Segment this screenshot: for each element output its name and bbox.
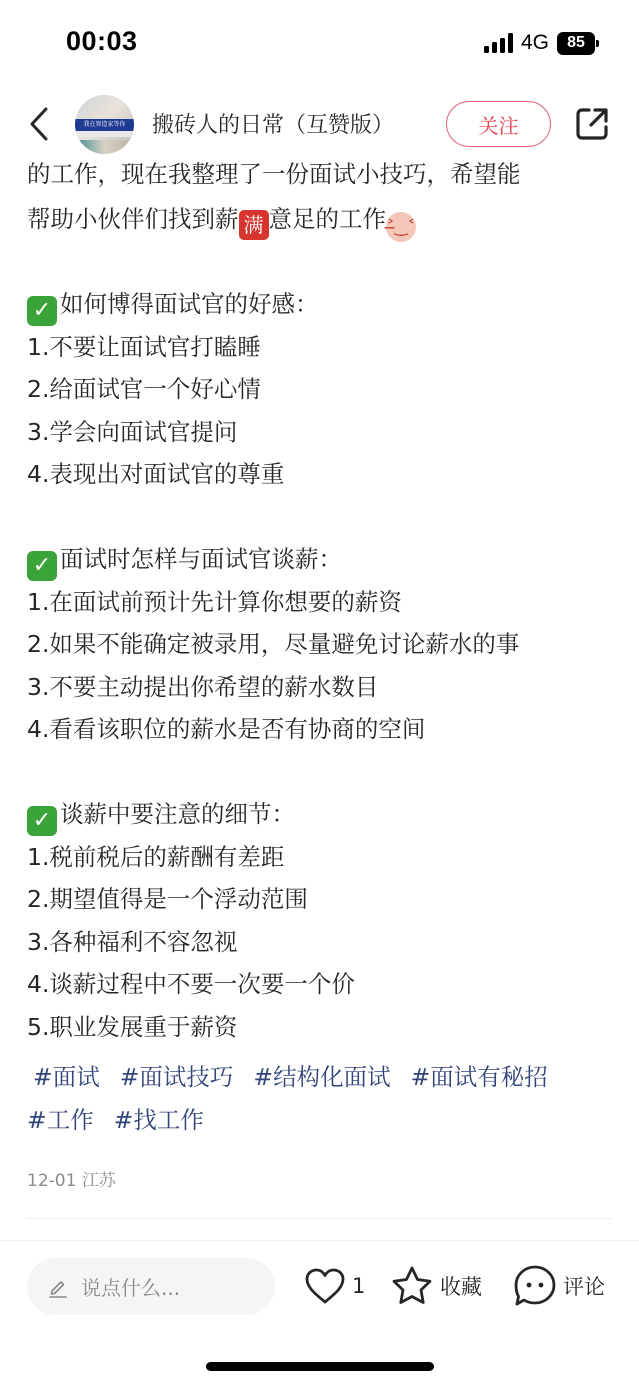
pencil-icon	[47, 1276, 69, 1298]
hashtag-link[interactable]: #工作	[27, 1101, 94, 1135]
status-time: 00:03	[66, 26, 138, 57]
post-header: 我在智造家等你 搬砖人的日常（互赞版） 关注	[0, 90, 639, 158]
list-item: 5.职业发展重于薪资	[27, 1006, 617, 1049]
spacer	[27, 496, 617, 539]
network-type: 4G	[521, 31, 549, 55]
comment-label: 评论	[563, 1271, 605, 1301]
share-button[interactable]	[574, 106, 610, 142]
share-icon	[574, 106, 610, 142]
back-button[interactable]	[24, 106, 54, 142]
section-title-text: 谈薪中要注意的细节：	[60, 800, 295, 828]
laughing-face-emoji-icon: ˃̶‿˂	[386, 212, 416, 242]
list-item: 1.不要让面试官打瞌睡	[27, 326, 617, 369]
comment-placeholder: 说点什么...	[81, 1272, 180, 1301]
section-title: ✓面试时怎样与面试官谈薪：	[27, 538, 617, 581]
bottom-bar-border	[0, 1240, 639, 1241]
list-item: 3.各种福利不容忽视	[27, 921, 617, 964]
intro-text: 帮助小伙伴们找到薪	[27, 205, 239, 233]
man-emoji-icon: 满	[239, 210, 269, 240]
check-mark-icon: ✓	[27, 551, 57, 581]
battery-level: 85	[557, 32, 595, 55]
spacer	[27, 751, 617, 794]
hashtag-link[interactable]: #找工作	[114, 1101, 204, 1135]
list-item: 4.谈薪过程中不要一次要一个价	[27, 963, 617, 1006]
list-item: 1.税前税后的薪酬有差距	[27, 836, 617, 879]
collect-button[interactable]: 收藏	[390, 1266, 482, 1306]
intro-text: 的工作，现在我整理了一份面试小技巧，希望能	[27, 150, 521, 198]
signal-icon	[484, 33, 513, 53]
list-item: 2.给面试官一个好心情	[27, 368, 617, 411]
hashtag-row: #面试 #面试技巧 #结构化面试 #面试有秘招	[27, 1053, 627, 1096]
comment-bubble-icon	[513, 1264, 557, 1308]
section-title: ✓谈薪中要注意的细节：	[27, 793, 617, 836]
comment-input[interactable]: 说点什么...	[27, 1258, 275, 1315]
list-item: 3.不要主动提出你希望的薪水数目	[27, 666, 617, 709]
spacer	[27, 241, 617, 284]
check-mark-icon: ✓	[27, 806, 57, 836]
home-indicator[interactable]	[206, 1362, 434, 1371]
avatar-banner-text: 我在智造家等你	[75, 119, 134, 131]
intro-text: 意足的工作	[269, 205, 387, 233]
post-meta: 12-01 江苏	[27, 1166, 116, 1191]
follow-button[interactable]: 关注	[446, 101, 551, 147]
list-item: 4.看看该职位的薪水是否有协商的空间	[27, 708, 617, 751]
list-item: 1.在面试前预计先计算你想要的薪资	[27, 581, 617, 624]
like-button[interactable]: 1	[304, 1266, 365, 1306]
divider	[27, 1218, 612, 1219]
status-indicators: 4G 85	[484, 31, 599, 55]
avatar-decoration	[75, 131, 134, 137]
status-bar: 00:03 4G 85	[0, 0, 639, 85]
collect-label: 收藏	[440, 1271, 482, 1301]
intro-line: 的工作，现在我整理了一份面试小技巧，希望能	[27, 150, 617, 198]
author-name[interactable]: 搬砖人的日常（互赞版）	[152, 108, 394, 139]
section-title-text: 如何博得面试官的好感：	[60, 290, 319, 318]
star-icon	[390, 1265, 434, 1307]
hashtag-list: #面试 #面试技巧 #结构化面试 #面试有秘招 #工作 #找工作	[27, 1053, 627, 1139]
heart-icon	[304, 1267, 346, 1305]
battery-tip	[596, 40, 599, 47]
hashtag-link[interactable]: #面试有秘招	[411, 1058, 548, 1092]
hashtag-link[interactable]: #面试	[33, 1058, 100, 1092]
hashtag-link[interactable]: #结构化面试	[253, 1058, 390, 1092]
hashtag-row: #工作 #找工作	[27, 1096, 627, 1139]
list-item: 3.学会向面试官提问	[27, 411, 617, 454]
list-item: 4.表现出对面试官的尊重	[27, 453, 617, 496]
post-location: 江苏	[82, 1171, 116, 1191]
author-avatar[interactable]: 我在智造家等你	[75, 95, 134, 154]
comment-button[interactable]: 评论	[513, 1266, 605, 1306]
section-title-text: 面试时怎样与面试官谈薪：	[60, 545, 342, 573]
intro-line: 帮助小伙伴们找到薪满意足的工作˃̶‿˂	[27, 198, 617, 241]
list-item: 2.如果不能确定被录用，尽量避免讨论薪水的事	[27, 623, 617, 666]
check-mark-icon: ✓	[27, 296, 57, 326]
hashtag-link[interactable]: #面试技巧	[120, 1058, 234, 1092]
section-title: ✓如何博得面试官的好感：	[27, 283, 617, 326]
post-date: 12-01	[27, 1171, 76, 1191]
like-count: 1	[352, 1274, 365, 1298]
battery-icon: 85	[557, 32, 599, 55]
chevron-left-icon	[24, 106, 54, 142]
post-content: 的工作，现在我整理了一份面试小技巧，希望能 帮助小伙伴们找到薪满意足的工作˃̶‿…	[27, 150, 617, 1048]
list-item: 2.期望值得是一个浮动范围	[27, 878, 617, 921]
